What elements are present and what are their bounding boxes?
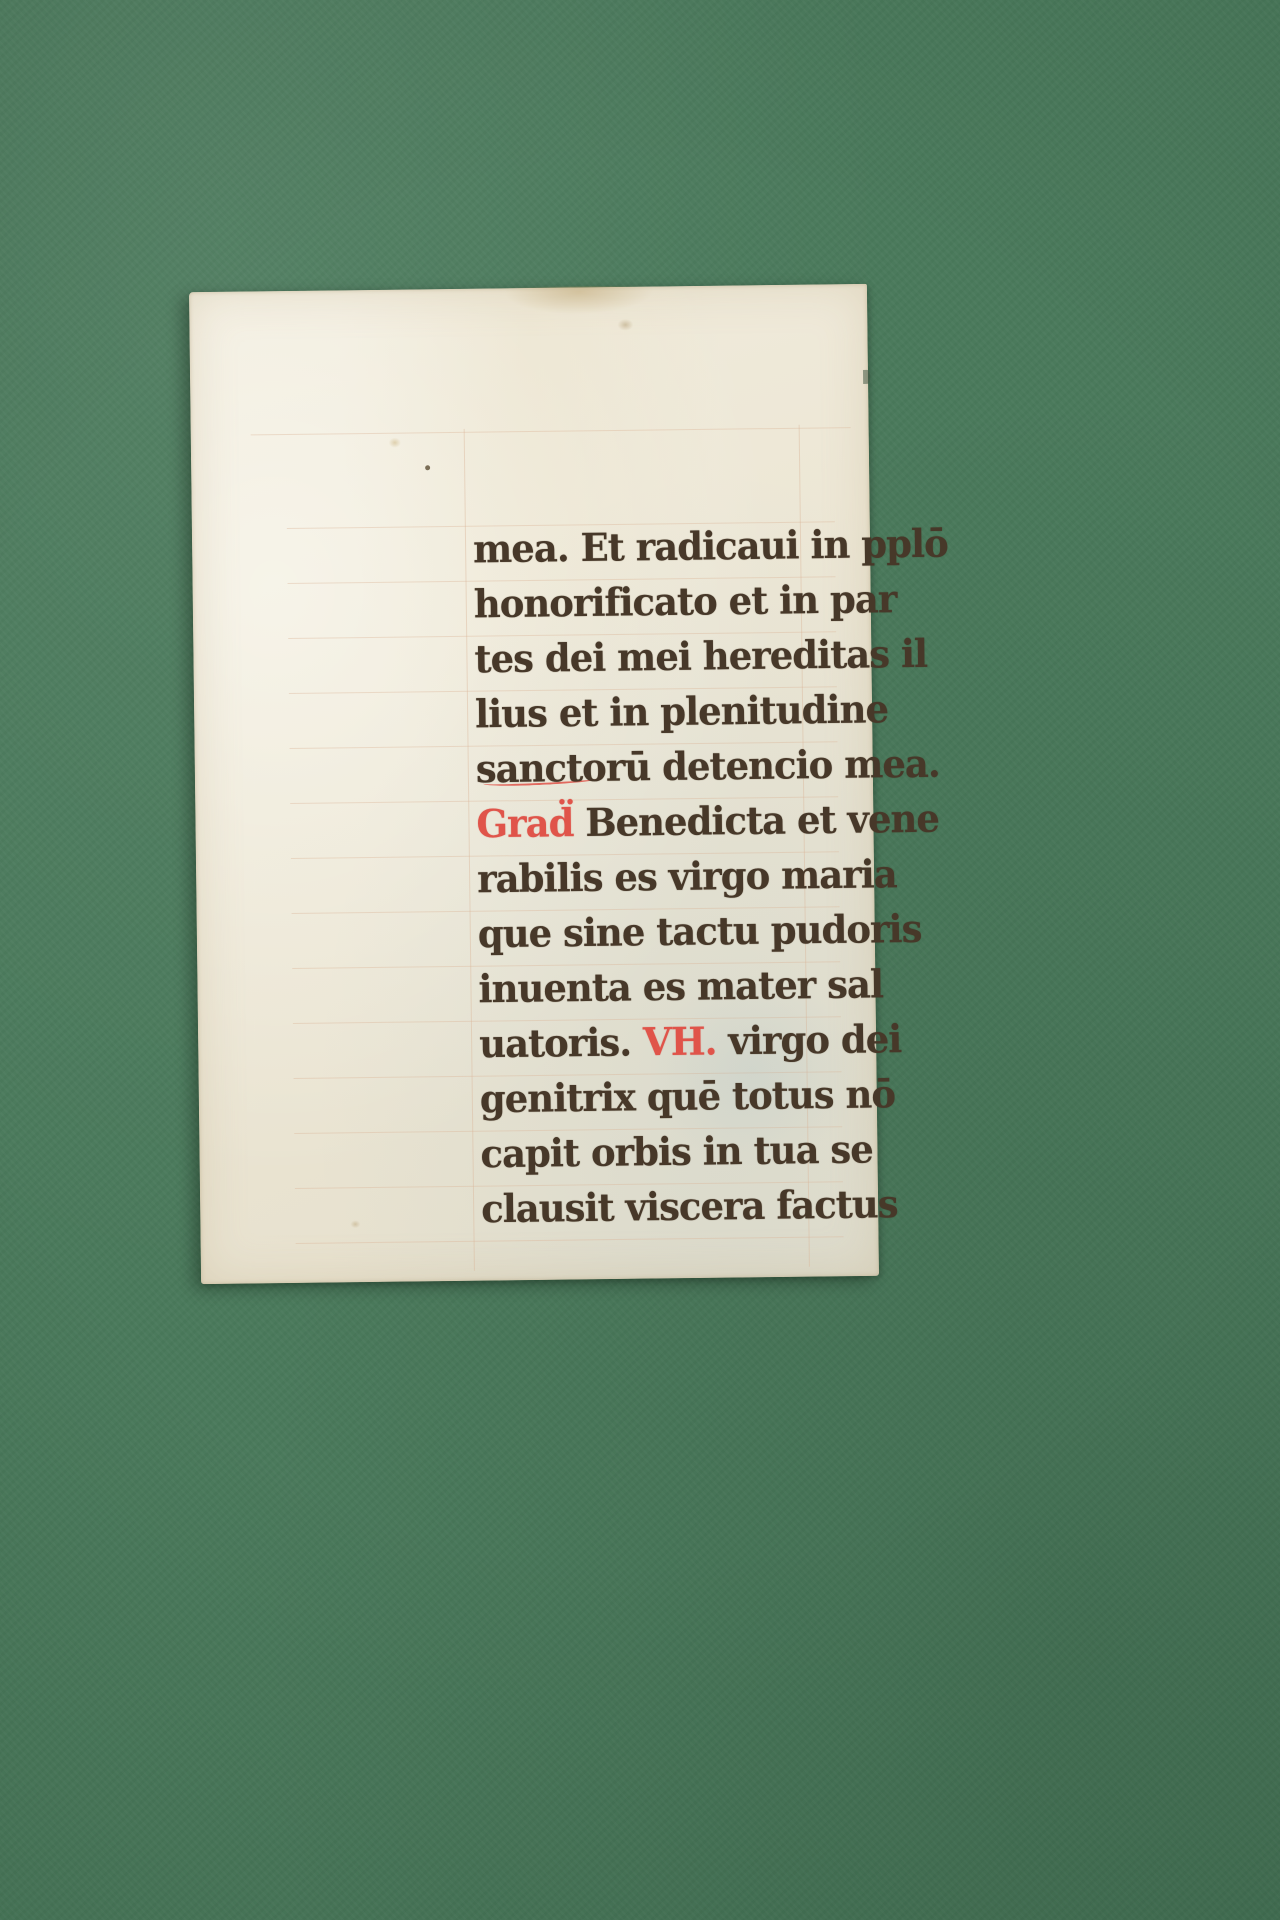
text-line-7: rabilis es virgo maria xyxy=(477,847,818,908)
stain xyxy=(350,1220,360,1228)
rubric-text: Grad̈ xyxy=(476,800,585,847)
text-line-6: Grad̈ Benedicta et vene xyxy=(476,792,817,853)
text-line-10: uatoris. VH. virgo dei xyxy=(479,1012,820,1073)
body-text: uatoris. xyxy=(479,1019,643,1067)
text-column: mea. Et radicaui in pplōhonorificato et … xyxy=(473,517,822,1236)
ink-speck xyxy=(425,465,430,470)
body-text: Benedicta et vene xyxy=(585,795,939,845)
body-text: lius et in plenitudine xyxy=(475,686,888,737)
text-line-4: lius et in plenitudine xyxy=(475,682,816,743)
body-text: honorificato et in par xyxy=(474,576,897,627)
ruling-line-h xyxy=(296,1236,844,1244)
body-text: sanctorū detencio mea. xyxy=(476,740,940,791)
manuscript-leaf: mea. Et radicaui in pplōhonorificato et … xyxy=(189,284,879,1284)
rubric-text: VH. xyxy=(643,1018,717,1065)
text-line-5: sanctorū detencio mea. xyxy=(475,737,816,798)
text-line-13: clausit viscera factus xyxy=(481,1177,822,1238)
body-text: rabilis es virgo maria xyxy=(477,851,897,902)
edge-nick xyxy=(863,370,870,384)
body-text: mea. Et radicaui in pplō xyxy=(473,520,948,572)
text-line-8: que sine tactu pudoris xyxy=(477,902,818,963)
ruling-lines xyxy=(189,284,867,292)
stain xyxy=(389,438,401,448)
body-text: clausit viscera factus xyxy=(481,1181,898,1232)
body-text: inuenta es mater sal xyxy=(478,961,883,1012)
body-text: capit orbis in tua se xyxy=(480,1126,873,1177)
text-line-1: mea. Et radicaui in pplō xyxy=(473,517,814,578)
body-text: virgo dei xyxy=(716,1016,901,1064)
photo-background-mat: mea. Et radicaui in pplōhonorificato et … xyxy=(0,0,1280,1920)
text-line-9: inuenta es mater sal xyxy=(478,957,819,1018)
text-line-11: genitrix quē totus nō xyxy=(479,1067,820,1128)
text-line-2: honorificato et in par xyxy=(473,572,814,633)
stain xyxy=(504,285,654,315)
body-text: genitrix quē totus nō xyxy=(480,1071,896,1122)
text-line-3: tes dei mei hereditas il xyxy=(474,627,815,688)
body-text: que sine tactu pudoris xyxy=(478,905,922,956)
text-line-12: capit orbis in tua se xyxy=(480,1122,821,1183)
ruling-line-header xyxy=(251,427,851,435)
body-text: tes dei mei hereditas il xyxy=(474,630,927,681)
stain xyxy=(617,319,633,331)
